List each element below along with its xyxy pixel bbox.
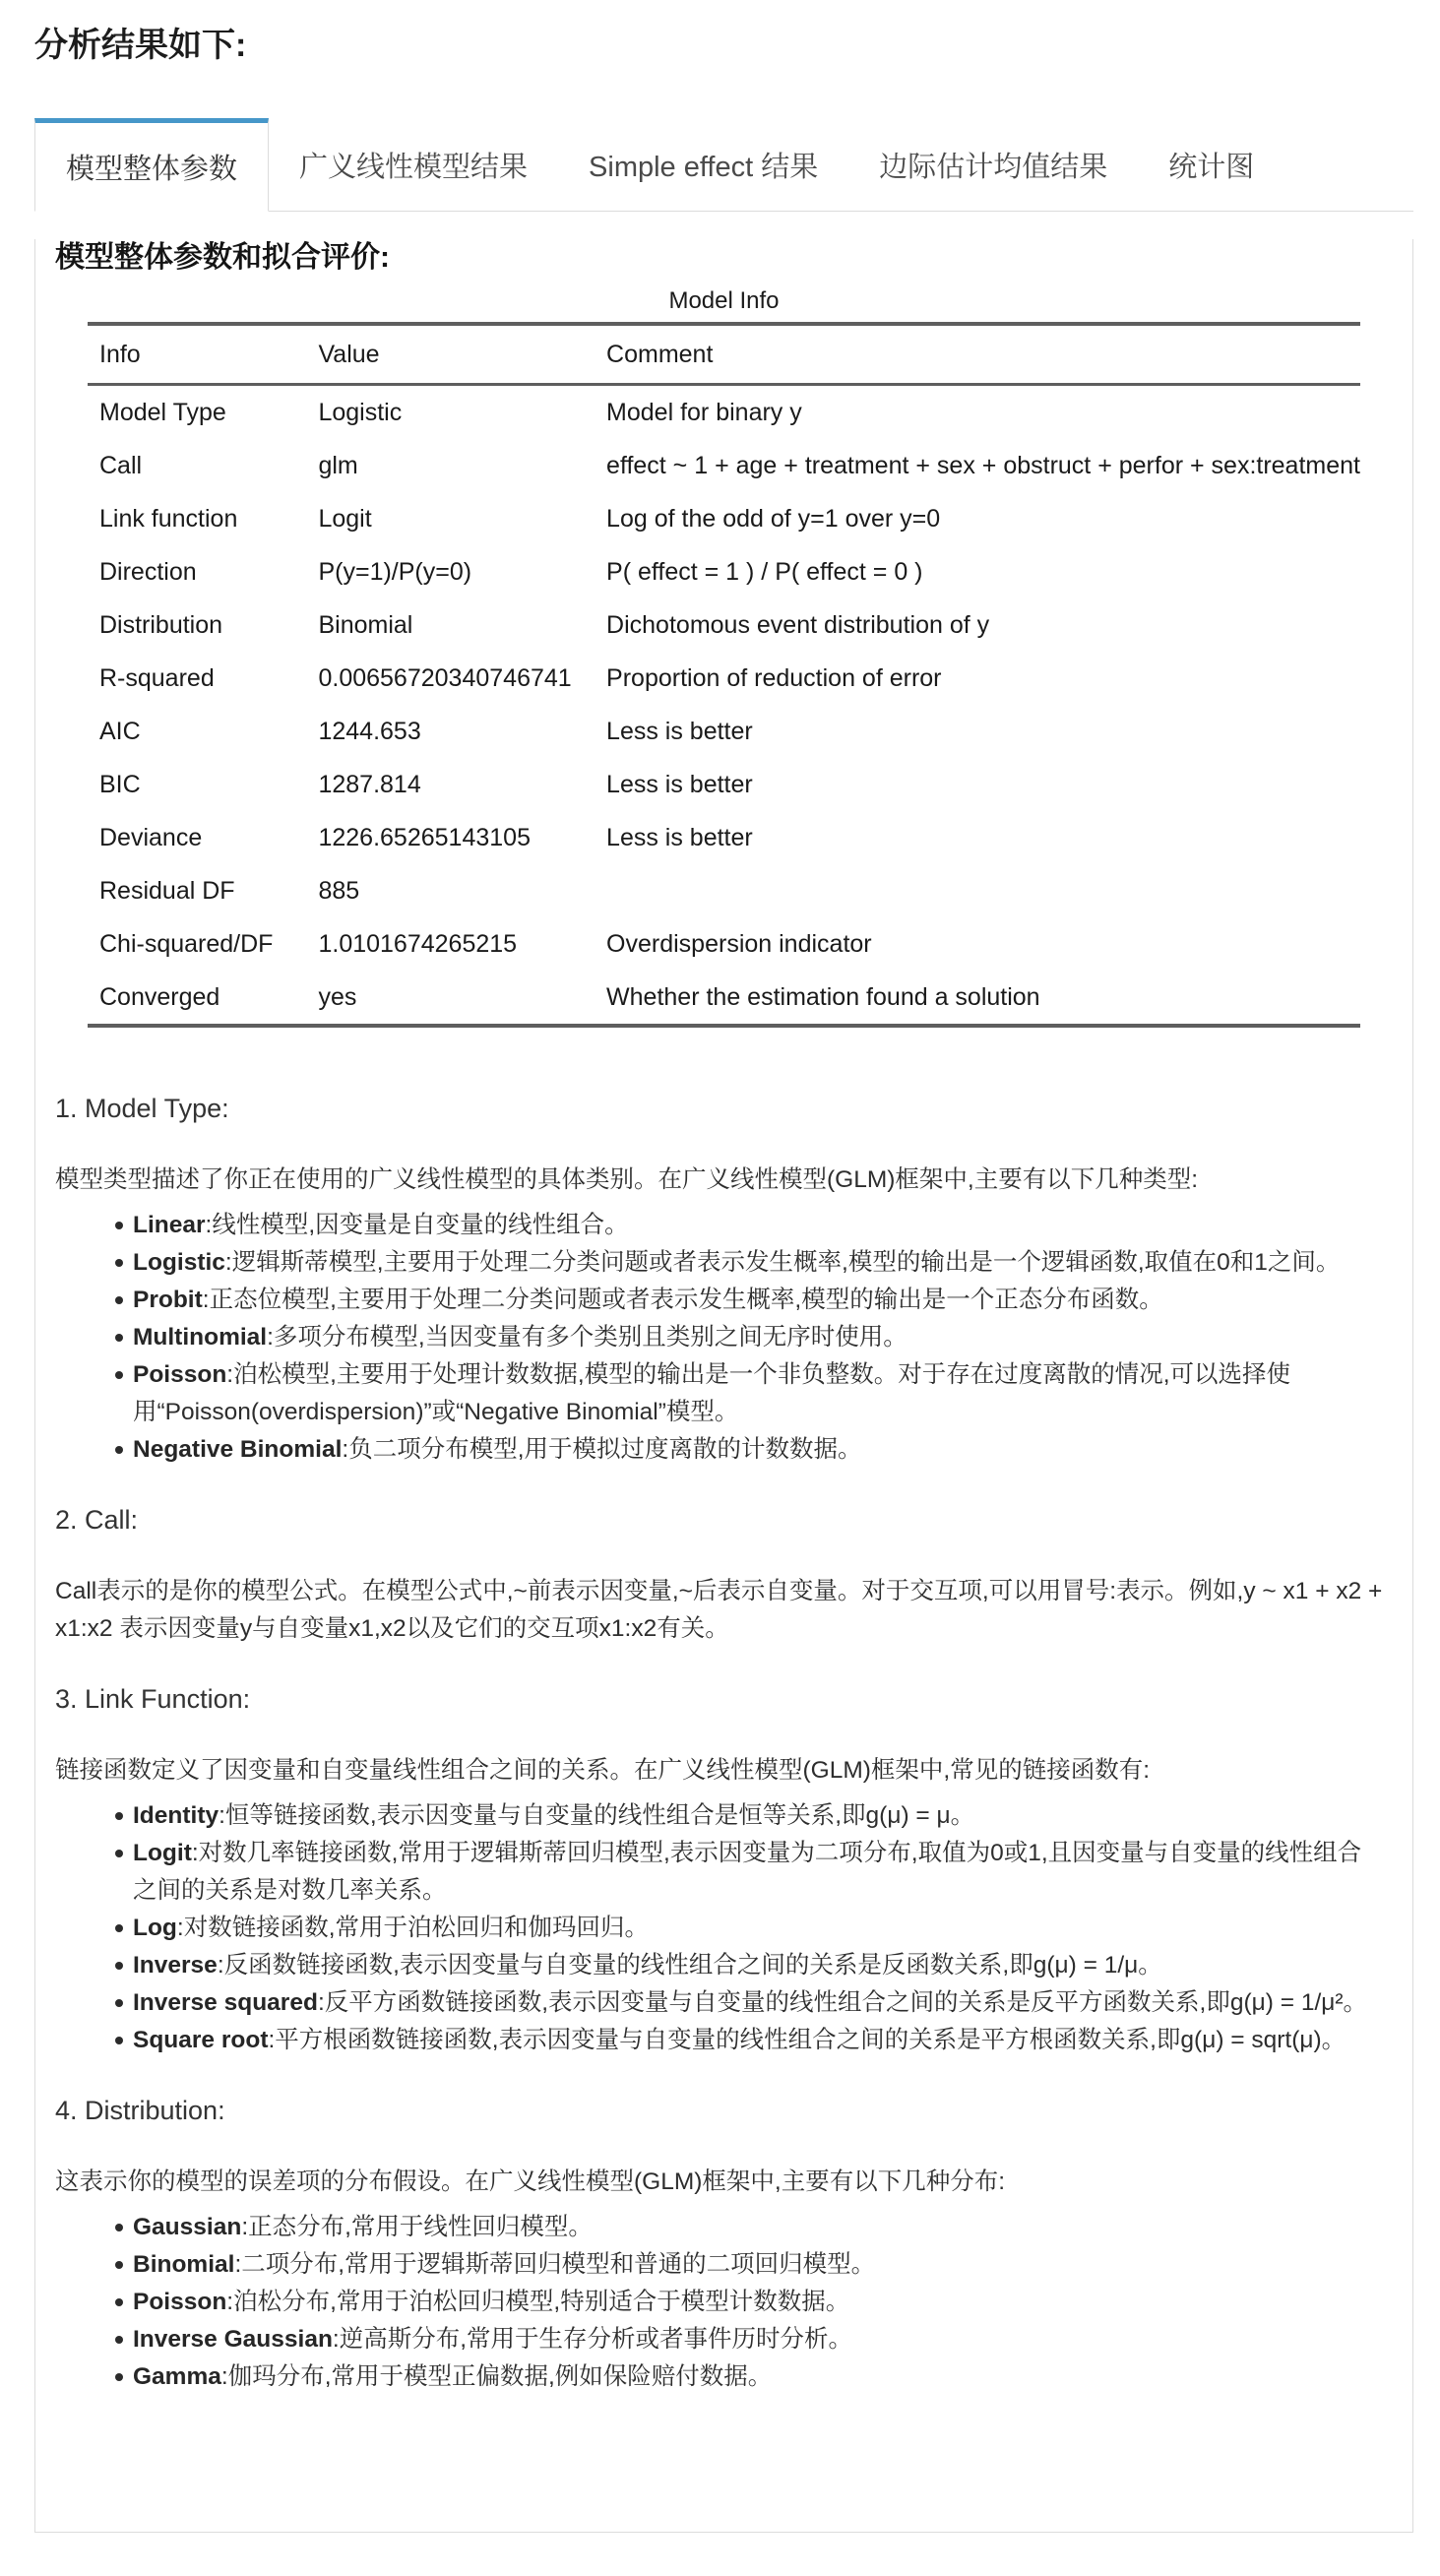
table-row: Model Type Logistic Model for binary y — [88, 385, 1360, 440]
col-header-value: Value — [306, 324, 595, 385]
bullet-item: Negative Binomial:负二项分布模型,用于模拟过度离散的计数数据。 — [115, 1431, 1375, 1469]
cell-comment: Less is better — [595, 811, 1360, 864]
section-distribution-paragraph: 这表示你的模型的误差项的分布假设。在广义线性模型(GLM)框架中,主要有以下几种… — [55, 2164, 1393, 2201]
bullet-item: Poisson:泊松分布,常用于泊松回归模型,特别适合于模型计数数据。 — [115, 2284, 1375, 2321]
model-info-table-block: Model Info Info Value Comment Model Type — [55, 286, 1393, 1028]
bullet-term: Multinomial — [133, 1324, 267, 1351]
cell-info: Model Type — [88, 385, 306, 440]
bullet-item: Identity:恒等链接函数,表示因变量与自变量的线性组合是恒等关系,即g(μ… — [115, 1797, 1375, 1835]
table-row: Converged yes Whether the estimation fou… — [88, 971, 1360, 1026]
cell-value: P(y=1)/P(y=0) — [306, 545, 595, 598]
bullet-item: Linear:线性模型,因变量是自变量的线性组合。 — [115, 1207, 1375, 1244]
bullet-text: :正态位模型,主要用于处理二分类问题或者表示发生概率,模型的输出是一个正态分布函… — [203, 1287, 1163, 1313]
bullet-term: Gamma — [133, 2363, 221, 2390]
table-row: Call glm effect ~ 1 + age + treatment + … — [88, 439, 1360, 492]
cell-info: Link function — [88, 492, 306, 545]
page-title: 分析结果如下: — [34, 28, 1413, 63]
bullet-text: :线性模型,因变量是自变量的线性组合。 — [206, 1212, 629, 1238]
bullet-item: Inverse:反函数链接函数,表示因变量与自变量的线性组合之间的关系是反函数关… — [115, 1947, 1375, 1984]
section-link-function: 3. Link Function: 链接函数定义了因变量和自变量线性组合之间的关… — [55, 1681, 1393, 2059]
bullet-term: Gaussian — [133, 2214, 241, 2240]
bullet-text: :逆高斯分布,常用于生存分析或者事件历时分析。 — [333, 2326, 852, 2353]
table-header-row: Info Value Comment — [88, 324, 1360, 385]
cell-info: Direction — [88, 545, 306, 598]
panel-heading: 模型整体参数和拟合评价: — [55, 239, 1393, 277]
bullet-text: :泊松模型,主要用于处理计数数据,模型的输出是一个非负整数。对于存在过度离散的情… — [133, 1361, 1290, 1425]
cell-info: Converged — [88, 971, 306, 1026]
bullet-text: :反平方函数链接函数,表示因变量与自变量的线性组合之间的关系是反平方函数关系,即… — [318, 1989, 1367, 2016]
bullet-item: Gaussian:正态分布,常用于线性回归模型。 — [115, 2209, 1375, 2246]
table-row: Residual DF 885 — [88, 864, 1360, 917]
cell-info: BIC — [88, 758, 306, 811]
bullet-text: :泊松分布,常用于泊松回归模型,特别适合于模型计数数据。 — [226, 2289, 849, 2315]
results-shell: 模型整体参数 广义线性模型结果 Simple effect 结果 边际估计均值结… — [34, 118, 1413, 2533]
cell-value: 1287.814 — [306, 758, 595, 811]
section-call: 2. Call: Call表示的是你的模型公式。在模型公式中,~前表示因变量,~… — [55, 1502, 1393, 1648]
tab-statistical-charts[interactable]: 统计图 — [1138, 118, 1284, 211]
bullet-term: Linear — [133, 1212, 206, 1238]
bullet-term: Logistic — [133, 1249, 225, 1276]
bullet-term: Logit — [133, 1840, 192, 1866]
bullet-item: Probit:正态位模型,主要用于处理二分类问题或者表示发生概率,模型的输出是一… — [115, 1282, 1375, 1319]
explanations: 1. Model Type: 模型类型描述了你正在使用的广义线性模型的具体类别。… — [55, 1091, 1393, 2396]
section-model-type-heading: 1. Model Type: — [55, 1091, 1393, 1126]
cell-info: Call — [88, 439, 306, 492]
tab-marginal-means-results[interactable]: 边际估计均值结果 — [848, 118, 1138, 211]
link-function-bullet-list: Identity:恒等链接函数,表示因变量与自变量的线性组合是恒等关系,即g(μ… — [55, 1797, 1393, 2059]
table-row: Deviance 1226.65265143105 Less is better — [88, 811, 1360, 864]
bullet-term: Log — [133, 1915, 177, 1941]
cell-value: 1226.65265143105 — [306, 811, 595, 864]
cell-comment: Dichotomous event distribution of y — [595, 598, 1360, 652]
model-type-bullet-list: Linear:线性模型,因变量是自变量的线性组合。 Logistic:逻辑斯蒂模… — [55, 1207, 1393, 1469]
table-row: AIC 1244.653 Less is better — [88, 705, 1360, 758]
section-call-paragraph: Call表示的是你的模型公式。在模型公式中,~前表示因变量,~后表示自变量。对于… — [55, 1573, 1393, 1648]
bullet-text: :对数链接函数,常用于泊松回归和伽玛回归。 — [177, 1915, 649, 1941]
cell-info: Residual DF — [88, 864, 306, 917]
bullet-text: :正态分布,常用于线性回归模型。 — [241, 2214, 593, 2240]
section-model-type: 1. Model Type: 模型类型描述了你正在使用的广义线性模型的具体类别。… — [55, 1091, 1393, 1469]
section-link-function-heading: 3. Link Function: — [55, 1681, 1393, 1717]
bullet-item: Logit:对数几率链接函数,常用于逻辑斯蒂回归模型,表示因变量为二项分布,取值… — [115, 1835, 1375, 1910]
cell-info: Distribution — [88, 598, 306, 652]
bullet-term: Inverse Gaussian — [133, 2326, 333, 2353]
bullet-term: Poisson — [133, 1361, 226, 1388]
col-header-info: Info — [88, 324, 306, 385]
model-info-table: Info Value Comment Model Type Logistic M… — [88, 322, 1360, 1028]
bullet-term: Probit — [133, 1287, 203, 1313]
section-model-type-paragraph: 模型类型描述了你正在使用的广义线性模型的具体类别。在广义线性模型(GLM)框架中… — [55, 1162, 1393, 1199]
cell-info: R-squared — [88, 652, 306, 705]
cell-comment — [595, 864, 1360, 917]
section-link-function-paragraph: 链接函数定义了因变量和自变量线性组合之间的关系。在广义线性模型(GLM)框架中,… — [55, 1752, 1393, 1790]
bullet-item: Inverse Gaussian:逆高斯分布,常用于生存分析或者事件历时分析。 — [115, 2321, 1375, 2358]
cell-value: 0.00656720340746741 — [306, 652, 595, 705]
cell-value: glm — [306, 439, 595, 492]
table-row: R-squared 0.00656720340746741 Proportion… — [88, 652, 1360, 705]
bullet-text: :负二项分布模型,用于模拟过度离散的计数数据。 — [342, 1436, 861, 1463]
bullet-term: Inverse — [133, 1952, 218, 1979]
cell-comment: Less is better — [595, 705, 1360, 758]
table-title: Model Info — [88, 286, 1360, 316]
cell-comment: Less is better — [595, 758, 1360, 811]
bullet-item: Gamma:伽玛分布,常用于模型正偏数据,例如保险赔付数据。 — [115, 2358, 1375, 2396]
section-distribution-heading: 4. Distribution: — [55, 2093, 1393, 2128]
cell-info: Chi-squared/DF — [88, 917, 306, 971]
cell-comment: effect ~ 1 + age + treatment + sex + obs… — [595, 439, 1360, 492]
cell-value: 1.0101674265215 — [306, 917, 595, 971]
cell-info: AIC — [88, 705, 306, 758]
cell-info: Deviance — [88, 811, 306, 864]
table-row: Distribution Binomial Dichotomous event … — [88, 598, 1360, 652]
tab-model-overall-params[interactable]: 模型整体参数 — [34, 118, 269, 212]
bullet-term: Inverse squared — [133, 1989, 318, 2016]
bullet-text: :二项分布,常用于逻辑斯蒂回归模型和普通的二项回归模型。 — [234, 2251, 875, 2278]
section-call-heading: 2. Call: — [55, 1502, 1393, 1538]
cell-value: yes — [306, 971, 595, 1026]
bullet-term: Binomial — [133, 2251, 234, 2278]
bullet-term: Square root — [133, 2027, 269, 2053]
bullet-text: :对数几率链接函数,常用于逻辑斯蒂回归模型,表示因变量为二项分布,取值为0或1,… — [133, 1840, 1361, 1904]
bullet-item: Multinomial:多项分布模型,当因变量有多个类别且类别之间无序时使用。 — [115, 1319, 1375, 1356]
cell-comment: P( effect = 1 ) / P( effect = 0 ) — [595, 545, 1360, 598]
bullet-term: Identity — [133, 1802, 219, 1829]
table-row: BIC 1287.814 Less is better — [88, 758, 1360, 811]
bullet-text: :逻辑斯蒂模型,主要用于处理二分类问题或者表示发生概率,模型的输出是一个逻辑函数… — [225, 1249, 1340, 1276]
tab-simple-effect-results[interactable]: Simple effect 结果 — [558, 118, 848, 211]
bullet-term: Negative Binomial — [133, 1436, 342, 1463]
bullet-item: Log:对数链接函数,常用于泊松回归和伽玛回归。 — [115, 1910, 1375, 1947]
tab-glm-results[interactable]: 广义线性模型结果 — [269, 118, 558, 211]
content-panel: 模型整体参数和拟合评价: Model Info Info Value Comme… — [34, 239, 1413, 2533]
cell-value: Logit — [306, 492, 595, 545]
bullet-item: Poisson:泊松模型,主要用于处理计数数据,模型的输出是一个非负整数。对于存… — [115, 1356, 1375, 1431]
col-header-comment: Comment — [595, 324, 1360, 385]
bullet-text: :恒等链接函数,表示因变量与自变量的线性组合是恒等关系,即g(μ) = μ。 — [219, 1802, 974, 1829]
cell-value: 1244.653 — [306, 705, 595, 758]
bullet-item: Inverse squared:反平方函数链接函数,表示因变量与自变量的线性组合… — [115, 1984, 1375, 2022]
bullet-text: :反函数链接函数,表示因变量与自变量的线性组合之间的关系是反函数关系,即g(μ)… — [218, 1952, 1162, 1979]
cell-comment: Whether the estimation found a solution — [595, 971, 1360, 1026]
cell-comment: Model for binary y — [595, 385, 1360, 440]
table-row: Direction P(y=1)/P(y=0) P( effect = 1 ) … — [88, 545, 1360, 598]
bullet-item: Logistic:逻辑斯蒂模型,主要用于处理二分类问题或者表示发生概率,模型的输… — [115, 1244, 1375, 1282]
distribution-bullet-list: Gaussian:正态分布,常用于线性回归模型。 Binomial:二项分布,常… — [55, 2209, 1393, 2396]
bullet-term: Poisson — [133, 2289, 226, 2315]
section-distribution: 4. Distribution: 这表示你的模型的误差项的分布假设。在广义线性模… — [55, 2093, 1393, 2396]
bullet-item: Binomial:二项分布,常用于逻辑斯蒂回归模型和普通的二项回归模型。 — [115, 2246, 1375, 2284]
cell-comment: Proportion of reduction of error — [595, 652, 1360, 705]
bullet-item: Square root:平方根函数链接函数,表示因变量与自变量的线性组合之间的关… — [115, 2022, 1375, 2059]
cell-value: Logistic — [306, 385, 595, 440]
bullet-text: :伽玛分布,常用于模型正偏数据,例如保险赔付数据。 — [221, 2363, 772, 2390]
cell-value: Binomial — [306, 598, 595, 652]
cell-value: 885 — [306, 864, 595, 917]
table-row: Chi-squared/DF 1.0101674265215 Overdispe… — [88, 917, 1360, 971]
cell-comment: Overdispersion indicator — [595, 917, 1360, 971]
table-row: Link function Logit Log of the odd of y=… — [88, 492, 1360, 545]
bullet-text: :平方根函数链接函数,表示因变量与自变量的线性组合之间的关系是平方根函数关系,即… — [269, 2027, 1346, 2053]
bullet-text: :多项分布模型,当因变量有多个类别且类别之间无序时使用。 — [267, 1324, 908, 1351]
tab-bar: 模型整体参数 广义线性模型结果 Simple effect 结果 边际估计均值结… — [34, 118, 1413, 212]
cell-comment: Log of the odd of y=1 over y=0 — [595, 492, 1360, 545]
